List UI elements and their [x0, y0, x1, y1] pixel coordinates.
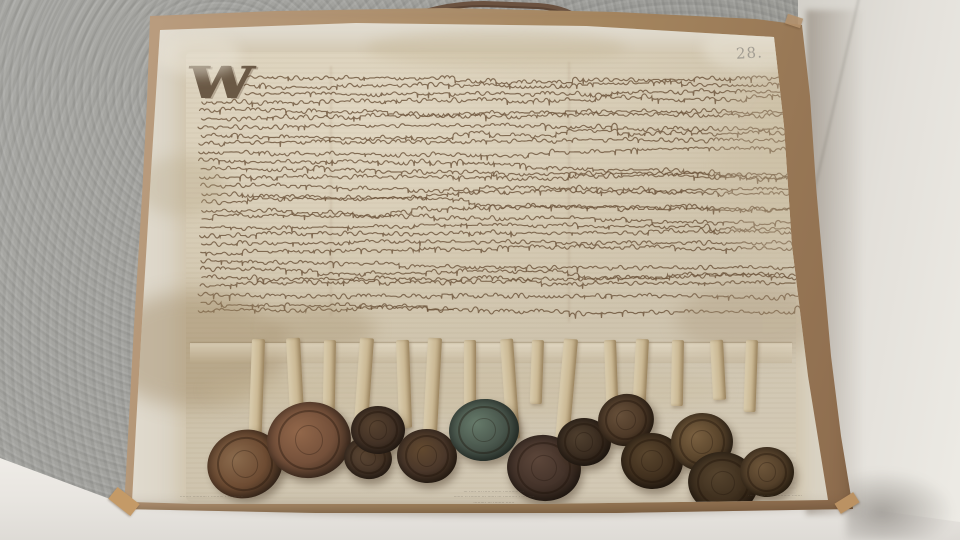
script-line	[248, 75, 807, 85]
caption-right: ···· ······· ····· ··········· ·······	[652, 494, 802, 499]
chart-board: W 28. ········ ·········· · ········· · …	[116, 6, 858, 514]
illuminated-initial: W	[185, 62, 254, 106]
manuscript-text	[190, 68, 830, 324]
script-line	[201, 244, 812, 256]
photo-stage: W 28. ········ ·········· · ········· · …	[0, 0, 960, 540]
script-line	[200, 173, 802, 182]
plate-number: 28.	[736, 43, 764, 62]
script-line	[245, 89, 801, 99]
wax-seal	[740, 447, 794, 497]
script-line	[200, 223, 800, 232]
script-line	[201, 183, 803, 194]
plica-fold	[190, 343, 792, 363]
caption-center-line3: ········· ··· ········ ······	[364, 501, 624, 506]
script-line	[202, 273, 812, 285]
parchment-tag	[671, 340, 684, 406]
facsimile-sheet: W 28. ········ ·········· · ········· · …	[116, 6, 858, 514]
script-line	[199, 137, 794, 147]
parchment-tag	[743, 340, 758, 412]
wax-seal	[351, 406, 405, 454]
script-line	[198, 123, 799, 131]
script-line	[202, 240, 803, 247]
script-line	[201, 166, 809, 184]
caption-left: ········ ·········· · ········· · ······…	[180, 495, 330, 500]
parchment-tag	[530, 340, 544, 404]
script-line	[198, 292, 805, 301]
caption-center: ··· ····· ··· ····· ······· ············…	[364, 490, 624, 506]
script-line	[199, 147, 806, 161]
script-line	[199, 158, 807, 178]
